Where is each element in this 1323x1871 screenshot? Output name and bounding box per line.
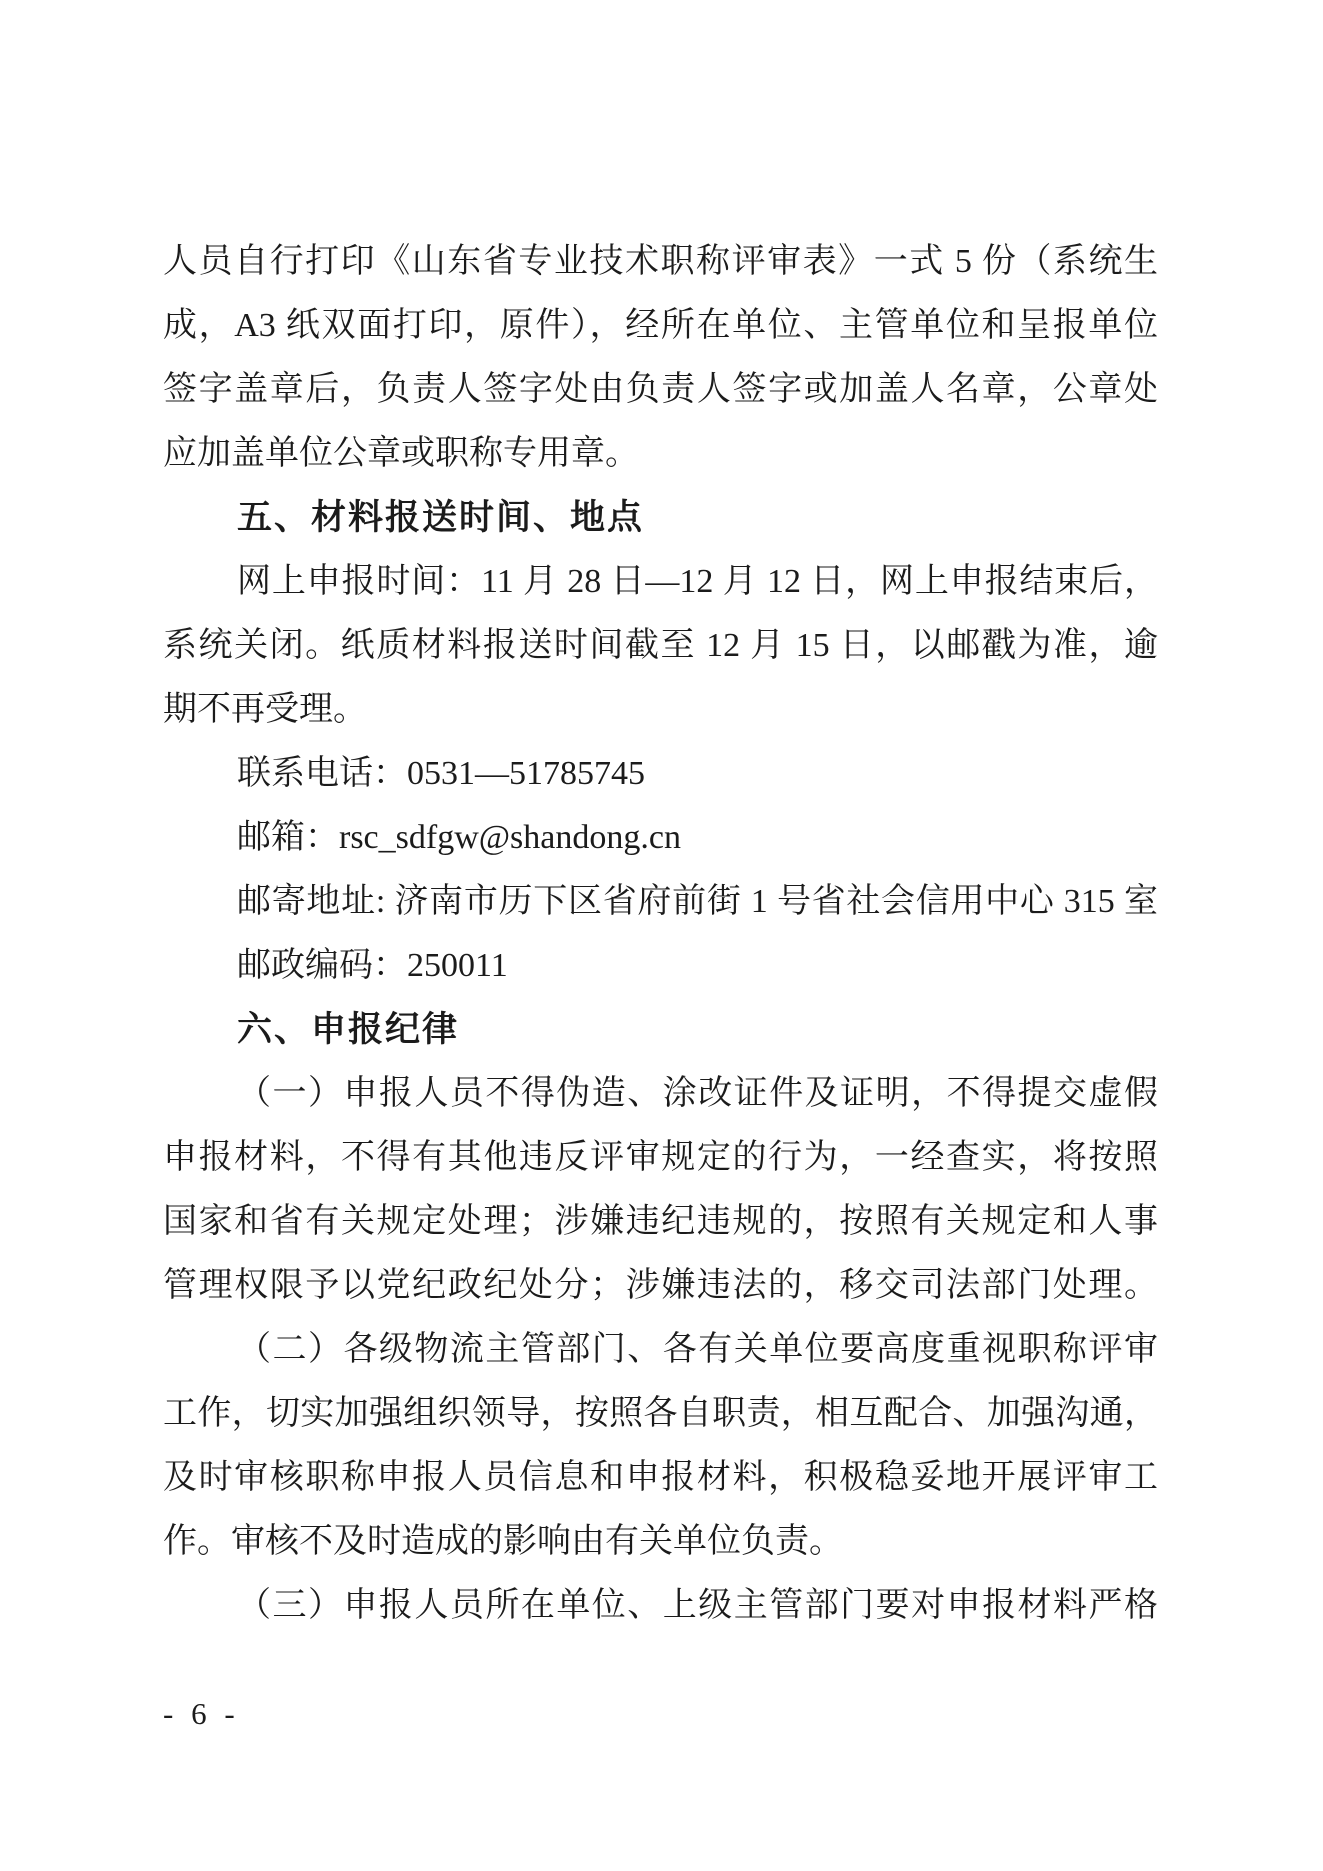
page-number: - 6 - (163, 1692, 240, 1736)
body-line: 网上申报时间：11 月 28 日—12 月 12 日，网上申报结束后， (163, 550, 1158, 614)
body-line: （一）申报人员不得伪造、涂改证件及证明，不得提交虚假 (163, 1062, 1158, 1126)
contact-postcode-line: 邮政编码：250011 (163, 934, 1158, 998)
contact-email-line: 邮箱：rsc_sdfgw@shandong.cn (163, 806, 1158, 870)
body-line: 国家和省有关规定处理；涉嫌违纪违规的，按照有关规定和人事 (163, 1190, 1158, 1254)
body-line: 成，A3 纸双面打印，原件），经所在单位、主管单位和呈报单位 (163, 294, 1158, 358)
contact-phone-line: 联系电话：0531—51785745 (163, 742, 1158, 806)
section-heading-5: 五、材料报送时间、地点 (163, 486, 1158, 550)
body-line: 作。审核不及时造成的影响由有关单位负责。 (163, 1510, 1158, 1574)
section-heading-6: 六、申报纪律 (163, 998, 1158, 1062)
body-line: （三）申报人员所在单位、上级主管部门要对申报材料严格 (163, 1574, 1158, 1638)
body-line: 人员自行打印《山东省专业技术职称评审表》一式 5 份（系统生 (163, 230, 1158, 294)
document-page: 人员自行打印《山东省专业技术职称评审表》一式 5 份（系统生 成，A3 纸双面打… (0, 0, 1323, 1871)
body-line: 期不再受理。 (163, 678, 1158, 742)
body-line: 签字盖章后，负责人签字处由负责人签字或加盖人名章，公章处 (163, 358, 1158, 422)
body-line: （二）各级物流主管部门、各有关单位要高度重视职称评审 (163, 1318, 1158, 1382)
body-line: 申报材料，不得有其他违反评审规定的行为，一经查实，将按照 (163, 1126, 1158, 1190)
body-line: 管理权限予以党纪政纪处分；涉嫌违法的，移交司法部门处理。 (163, 1254, 1158, 1318)
body-line: 及时审核职称申报人员信息和申报材料，积极稳妥地开展评审工 (163, 1446, 1158, 1510)
document-body: 人员自行打印《山东省专业技术职称评审表》一式 5 份（系统生 成，A3 纸双面打… (163, 230, 1158, 1638)
body-line: 应加盖单位公章或职称专用章。 (163, 422, 1158, 486)
body-line: 系统关闭。纸质材料报送时间截至 12 月 15 日，以邮戳为准，逾 (163, 614, 1158, 678)
contact-address-line: 邮寄地址: 济南市历下区省府前街 1 号省社会信用中心 315 室 (163, 870, 1158, 934)
body-line: 工作，切实加强组织领导，按照各自职责，相互配合、加强沟通， (163, 1382, 1158, 1446)
